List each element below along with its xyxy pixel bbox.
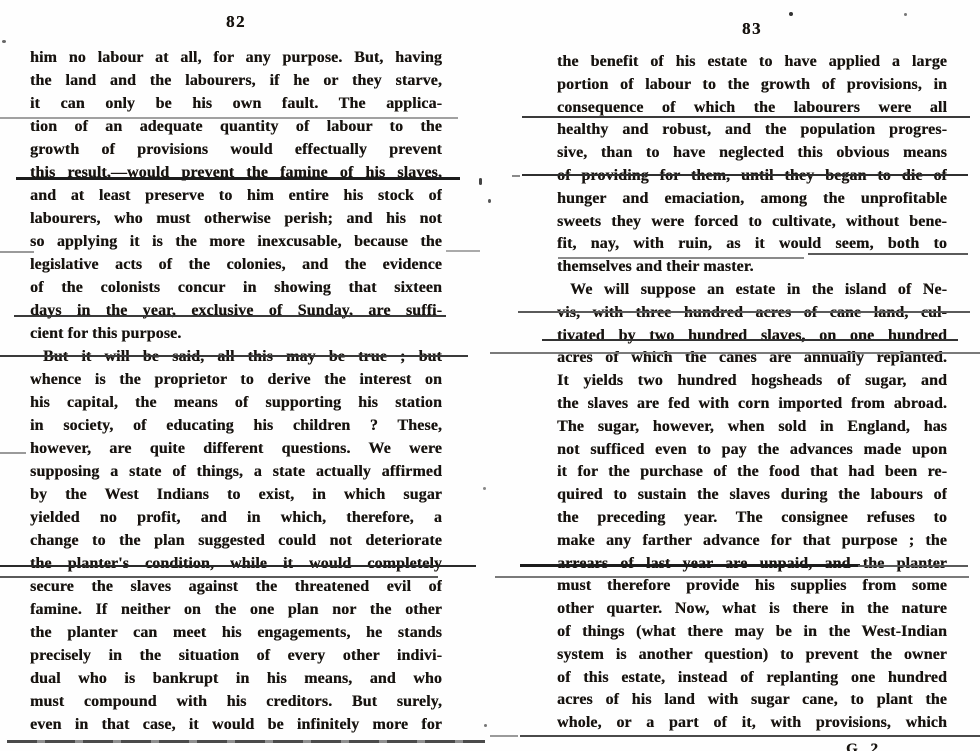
text-line: his capital, the means of supporting his… bbox=[30, 391, 442, 414]
text-line-struck: arrears of last year are unpaid, and the… bbox=[557, 553, 947, 576]
scan-streak bbox=[0, 452, 26, 454]
text-line: even in that case, it would be infinitel… bbox=[30, 713, 442, 736]
text-line: acres of his land with sugar cane, to pl… bbox=[557, 689, 947, 712]
text-line: cient for this purpose. bbox=[30, 322, 442, 345]
page-number-right: 83 bbox=[557, 19, 947, 39]
text-line: labourers, who must otherwise perish; an… bbox=[30, 207, 442, 230]
text-line: healthy and robust, and the population p… bbox=[557, 119, 947, 142]
page-82: 82 him no labour at all, for any purpose… bbox=[30, 0, 442, 751]
text-line: system is another question) to prevent t… bbox=[557, 644, 947, 667]
text-line: change to the plan suggested could not d… bbox=[30, 529, 442, 552]
text-line: whole, or a part of it, with provisions,… bbox=[557, 712, 947, 735]
text-line: the benefit of his estate to have applie… bbox=[557, 51, 947, 74]
text-line: hunger and emaciation, among the unprofi… bbox=[557, 188, 947, 211]
text-line: acres of which the canes are annually re… bbox=[557, 347, 947, 370]
text-line: themselves and their master. bbox=[557, 256, 947, 279]
text-line: quired to sustain the slaves during the … bbox=[557, 484, 947, 507]
text-line: sweets they were forced to cultivate, wi… bbox=[557, 211, 947, 234]
text-line: the land and the labourers, if he or the… bbox=[30, 69, 442, 92]
page-82-text: him no labour at all, for any purpose. B… bbox=[30, 46, 442, 736]
text-line: It yields two hundred hogsheads of sugar… bbox=[557, 370, 947, 393]
text-line: other quarter. Now, what is there in the… bbox=[557, 598, 947, 621]
text-line: secure the slaves against the threatened… bbox=[30, 575, 442, 598]
text-line: We will suppose an estate in the island … bbox=[557, 279, 947, 302]
text-line-struck: consequence of which the labourers were … bbox=[557, 97, 947, 120]
text-line: famine. If neither on the one plan nor t… bbox=[30, 598, 442, 621]
text-line: by the West Indians to exist, in which s… bbox=[30, 483, 442, 506]
text-line: and at least preserve to him entire his … bbox=[30, 184, 442, 207]
book-scan: 82 him no labour at all, for any purpose… bbox=[0, 0, 980, 751]
text-line: it can only be his own fault. The applic… bbox=[30, 92, 442, 115]
ink-speck bbox=[2, 40, 6, 43]
ink-speck bbox=[483, 487, 486, 490]
ink-speck bbox=[479, 178, 482, 185]
text-line-struck: fit, nay, with ruin, as it would seem, b… bbox=[557, 233, 947, 256]
text-line: the preceding year. The consignee refuse… bbox=[557, 507, 947, 530]
text-line: of this estate, instead of replanting on… bbox=[557, 667, 947, 690]
text-line: must therefore provide his supplies from… bbox=[557, 575, 947, 598]
text-line-struck: But it will be said, all this may be tru… bbox=[30, 345, 442, 368]
signature-mark: G 2 bbox=[846, 741, 906, 751]
text-line: it for the purchase of the food that had… bbox=[557, 461, 947, 484]
text-line: so applying it is the more inexcusable, … bbox=[30, 230, 442, 253]
text-line: precisely in the situation of every othe… bbox=[30, 644, 442, 667]
text-line: of providing for them, until they began … bbox=[557, 165, 947, 188]
scan-streak bbox=[490, 735, 518, 737]
ink-speck bbox=[488, 199, 491, 203]
text-line: growth of provisions would effectually p… bbox=[30, 138, 442, 161]
text-line: must compound with his creditors. But su… bbox=[30, 690, 442, 713]
text-line: supposing a state of things, a state act… bbox=[30, 460, 442, 483]
text-line: legislative acts of the colonies, and th… bbox=[30, 253, 442, 276]
scan-streak bbox=[0, 251, 34, 253]
text-line: make any farther advance for that purpos… bbox=[557, 530, 947, 553]
text-line-struck: vis, with three hundred acres of cane la… bbox=[557, 302, 947, 325]
text-line: however, are quite different questions. … bbox=[30, 437, 442, 460]
text-line: portion of labour to the growth of provi… bbox=[557, 74, 947, 97]
scan-streak bbox=[446, 250, 480, 252]
text-line: yielded no profit, and in which, therefo… bbox=[30, 506, 442, 529]
page-number-left: 82 bbox=[30, 12, 442, 32]
text-line-struck: sive, than to have neglected this obviou… bbox=[557, 142, 947, 165]
page-83: 83 the benefit of his estate to have app… bbox=[557, 0, 947, 751]
text-line-struck: days in the year, exclusive of Sunday, a… bbox=[30, 299, 442, 322]
text-line: tion of an adequate quantity of labour t… bbox=[30, 115, 442, 138]
text-line: of things (what there may be in the West… bbox=[557, 621, 947, 644]
ink-speck bbox=[484, 724, 487, 727]
text-line: the slaves are fed with corn imported fr… bbox=[557, 393, 947, 416]
text-line: not sufficed even to pay the advances ma… bbox=[557, 439, 947, 462]
page-83-text: the benefit of his estate to have applie… bbox=[557, 51, 947, 735]
text-line-struck: the planter's condition, while it would … bbox=[30, 552, 442, 575]
text-line: him no labour at all, for any purpose. B… bbox=[30, 46, 442, 69]
text-line: of the colonists concur in showing that … bbox=[30, 276, 442, 299]
text-line: dual who is bankrupt in his means, and w… bbox=[30, 667, 442, 690]
text-line: the planter can meet his engagements, he… bbox=[30, 621, 442, 644]
text-line: in society, of educating his children ? … bbox=[30, 414, 442, 437]
scan-streak bbox=[512, 175, 520, 177]
text-line-struck: this result,—would prevent the famine of… bbox=[30, 161, 442, 184]
text-line: whence is the proprietor to derive the i… bbox=[30, 368, 442, 391]
text-line-struck: tivated by two hundred slaves, on one hu… bbox=[557, 325, 947, 348]
text-line: The sugar, however, when sold in England… bbox=[557, 416, 947, 439]
